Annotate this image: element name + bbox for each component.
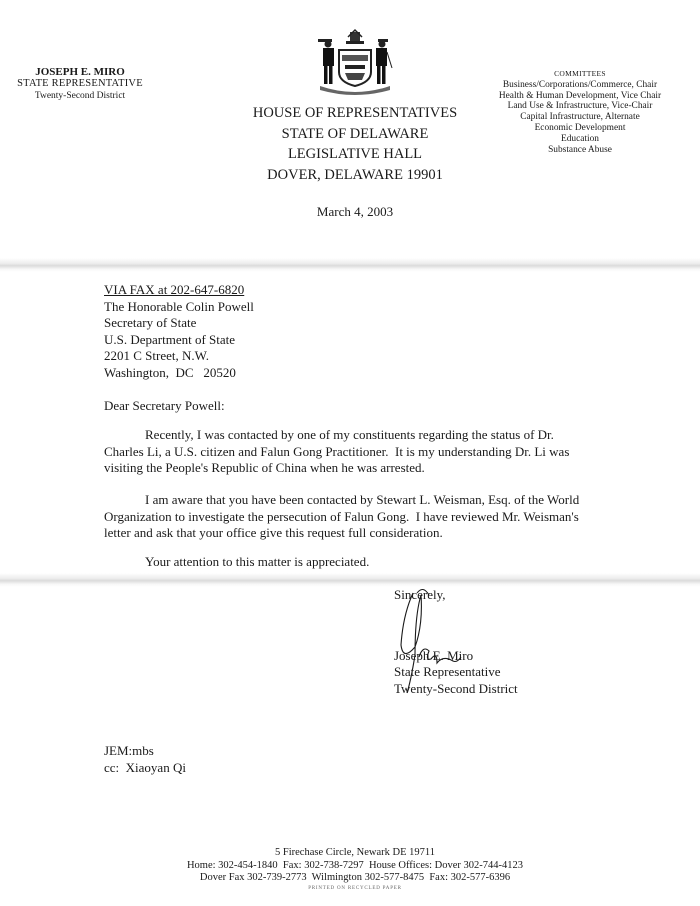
sender-district: Twenty-Second District	[0, 90, 160, 102]
valediction: Sincerely,	[394, 587, 518, 604]
committee-item: Land Use & Infrastructure, Vice-Chair	[470, 101, 690, 112]
signer-district: Twenty-Second District	[394, 681, 518, 698]
reference-initials-block: JEM:mbs cc: Xiaoyan Qi	[104, 743, 186, 776]
letterhead-line: LEGISLATIVE HALL	[230, 144, 480, 165]
footer-phones: Home: 302-454-1840 Fax: 302-738-7297 Hou…	[150, 860, 560, 873]
letterhead-line: DOVER, DELAWARE 19901	[230, 165, 480, 186]
recipient-address: VIA FAX at 202-647-6820 The Honorable Co…	[104, 282, 254, 382]
committee-item: Education	[470, 134, 690, 145]
sender-title: STATE REPRESENTATIVE	[0, 78, 160, 90]
letterhead-footer: 5 Firechase Circle, Newark DE 19711 Home…	[150, 847, 560, 892]
letterhead-heading: HOUSE OF REPRESENTATIVES STATE OF DELAWA…	[230, 103, 480, 185]
paper-fold-line	[0, 258, 700, 272]
recipient-line: Secretary of State	[104, 315, 254, 332]
letterhead-line: STATE OF DELAWARE	[230, 124, 480, 145]
committee-item: Business/Corporations/Commerce, Chair	[470, 80, 690, 91]
footer-phones: Dover Fax 302-739-2773 Wilmington 302-57…	[150, 872, 560, 885]
printed-on-recycled-paper-note: PRINTED ON RECYCLED PAPER	[150, 885, 560, 892]
salutation: Dear Secretary Powell:	[104, 398, 225, 414]
recipient-line: The Honorable Colin Powell	[104, 299, 254, 316]
signer-title: State Representative	[394, 664, 518, 681]
committee-item: Substance Abuse	[470, 145, 690, 156]
letterhead-line: HOUSE OF REPRESENTATIVES	[230, 103, 480, 124]
delaware-state-seal-icon	[312, 28, 398, 98]
footer-address: 5 Firechase Circle, Newark DE 19711	[150, 847, 560, 860]
committee-item: Capital Infrastructure, Alternate	[470, 112, 690, 123]
via-fax-line: VIA FAX at 202-647-6820	[104, 282, 254, 299]
letter-date: March 4, 2003	[240, 204, 470, 220]
sender-name: JOSEPH E. MIRO	[0, 66, 160, 78]
committee-item: Health & Human Development, Vice Chair	[470, 91, 690, 102]
paper-fold-line	[0, 573, 700, 587]
signer-name: Joseph E. Miro	[394, 648, 518, 665]
body-paragraph: I am aware that you have been contacted …	[104, 492, 586, 542]
cc-line: cc: Xiaoyan Qi	[104, 760, 186, 777]
committees-list: COMMITTEES Business/Corporations/Commerc…	[470, 69, 690, 155]
closing-block: Sincerely, Joseph E. Miro State Represen…	[394, 587, 518, 697]
body-paragraph: Recently, I was contacted by one of my c…	[104, 427, 586, 477]
recipient-line: 2201 C Street, N.W.	[104, 348, 254, 365]
committee-item: Economic Development	[470, 123, 690, 134]
committees-title: COMMITTEES	[470, 69, 690, 80]
body-paragraph: Your attention to this matter is appreci…	[104, 554, 586, 571]
recipient-line: U.S. Department of State	[104, 332, 254, 349]
reference-initials: JEM:mbs	[104, 743, 186, 760]
recipient-line: Washington, DC 20520	[104, 365, 254, 382]
sender-block: JOSEPH E. MIRO STATE REPRESENTATIVE Twen…	[0, 66, 160, 102]
